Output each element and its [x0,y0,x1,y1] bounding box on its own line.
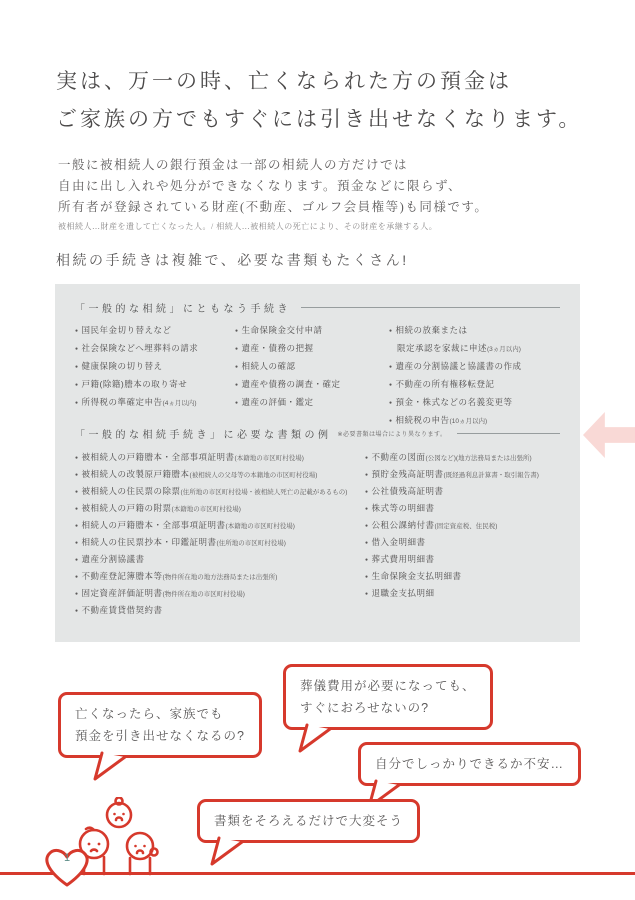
list-item: 不動産の所有権移転登記 [389,376,580,394]
list-item: 社会保険などへ埋葬料の請求 [75,340,235,358]
list-item: 公社債残高証明書 [365,484,580,501]
list-item: 遺産の評価・鑑定 [235,394,389,412]
item-text: 社会保険などへ埋葬料の請求 [82,343,199,353]
item-text: 株式等の明細書 [372,503,435,513]
item-note: (被相続人の父母等の本籍地の市区町村役場) [190,472,318,479]
item-note: (既経過利息計算書・取引報告書) [444,472,539,479]
item-text: 預金・株式などの名義変更等 [396,397,513,407]
item-text: 健康保険の切り替え [82,361,163,371]
item-text: 遺産の分割協議と協議書の作成 [396,361,522,371]
section2-heading: 「一般的な相続手続き」に必要な書類の例 ※必要書類は場合により異なります。 [75,426,560,441]
heart-icon [40,844,94,888]
item-note: (固定資産税、住民税) [435,523,498,530]
list-item: 被相続人の戸籍謄本・全部事項証明書(本籍地の市区町村役場) [75,450,365,467]
list-item: 借入金明細書 [365,535,580,552]
item-text: 遺産の評価・鑑定 [242,397,314,407]
section2-column-1: 被相続人の戸籍謄本・全部事項証明書(本籍地の市区町村役場) 被相続人の改製原戸籍… [75,450,365,620]
list-item: 被相続人の改製原戸籍謄本(被相続人の父母等の本籍地の市区町村役場) [75,467,365,484]
item-text: 遺産・債務の把握 [242,343,314,353]
item-text: 所得税の準確定申告 [82,397,163,407]
item-text: 公租公課納付書 [372,520,435,530]
page-title: 実は、万一の時、亡くなられた方の預金は ご家族の方でもすぐには引き出せなくなりま… [56,62,582,138]
procedures-panel: 「一般的な相続」にともなう手続き 国民年金切り替えなど 社会保険などへ埋葬料の請… [55,284,580,642]
item-text: 遺産や債務の調査・確定 [242,379,341,389]
section1-title: 「一般的な相続」にともなう手続き [75,300,291,315]
glossary-note: 被相続人…財産を遺して亡くなった人。/ 相続人…被相続人の死亡により、その財産を… [58,221,437,232]
speech-bubble-tail-icon [91,751,127,781]
page-number: 1 [40,852,94,864]
item-text: 被相続人の改製原戸籍謄本 [82,469,190,479]
item-text: 借入金明細書 [372,537,426,547]
section1-heading: 「一般的な相続」にともなう手続き [75,300,560,315]
speech-bubble: 葬儀費用が必要になっても、 すぐにおろせないの? [283,664,493,730]
item-note: (公図など)(地方法務局または出張所) [426,455,532,462]
section1-column-3: 相続の放棄または限定承認を家裁に申述(3ヵ月以内) 遺産の分割協議と協議書の作成… [389,322,580,430]
section-lead-heading: 相続の手続きは複雑で、必要な書類もたくさん! [56,250,409,270]
list-item: 国民年金切り替えなど [75,322,235,340]
item-text: 国民年金切り替えなど [82,325,172,335]
list-item: 相続人の住民票抄本・印鑑証明書(住所地の市区町村役場) [75,535,365,552]
list-item: 遺産・債務の把握 [235,340,389,358]
item-text: 被相続人の住民票の除票 [82,486,181,496]
list-item: 所得税の準確定申告(4ヵ月以内) [75,394,235,412]
speech-bubble: 亡くなったら、家族でも 預金を引き出せなくなるの? [58,692,262,758]
item-note: (本籍地の市区町村役場) [235,455,304,462]
list-item: 被相続人の住民票の除票(住所地の市区町村役場・被相続人死亡の記載があるもの) [75,484,365,501]
list-item: 戸籍(除籍)謄本の取り寄せ [75,376,235,394]
item-text: 遺産分割協議書 [82,554,145,564]
item-note: (10ヵ月以内) [450,418,488,425]
left-arrow-icon [583,412,635,458]
list-item: 預金・株式などの名義変更等 [389,394,580,412]
section2-column-2: 不動産の図面(公図など)(地方法務局または出張所) 預貯金残高証明書(既経過利息… [365,450,580,620]
item-text: 被相続人の戸籍の附票 [82,503,172,513]
item-text: 被相続人の戸籍謄本・全部事項証明書 [82,452,235,462]
intro-paragraph: 一般に被相続人の銀行預金は一部の相続人の方だけでは 自由に出し入れや処分ができな… [58,155,488,218]
title-line: ご家族の方でもすぐには引き出せなくなります。 [56,100,582,138]
section1-column-1: 国民年金切り替えなど 社会保険などへ埋葬料の請求 健康保険の切り替え 戸籍(除籍… [75,322,235,430]
item-text: 戸籍(除籍)謄本の取り寄せ [82,379,188,389]
section1-columns: 国民年金切り替えなど 社会保険などへ埋葬料の請求 健康保険の切り替え 戸籍(除籍… [75,322,580,430]
item-note: (本籍地の市区町村役場) [172,506,241,513]
list-item: 遺産の分割協議と協議書の作成 [389,358,580,376]
list-item: 相続人の戸籍謄本・全部事項証明書(本籍地の市区町村役場) [75,518,365,535]
list-item: 健康保険の切り替え [75,358,235,376]
item-text: 相続人の確認 [242,361,296,371]
item-text: 相続の放棄または [396,325,468,335]
item-text: 相続税の申告 [396,415,450,425]
list-item: 預貯金残高証明書(既経過利息計算書・取引報告書) [365,467,580,484]
speech-bubble-text: 預金を引き出せなくなるの? [75,725,245,747]
speech-bubble-text: 亡くなったら、家族でも [75,703,245,725]
speech-bubble: 書類をそろえるだけで大変そう [197,799,420,843]
item-text: 生命保険金支払明細書 [372,571,462,581]
section2-columns: 被相続人の戸籍謄本・全部事項証明書(本籍地の市区町村役場) 被相続人の改製原戸籍… [75,450,580,620]
item-text: 限定承認を家裁に申述 [397,343,487,353]
section1-column-2: 生命保険金交付申請 遺産・債務の把握 相続人の確認 遺産や債務の調査・確定 遺産… [235,322,389,430]
item-text: 退職金支払明細 [372,588,435,598]
item-note: (4ヵ月以内) [163,400,197,407]
list-item: 退職金支払明細 [365,586,580,603]
intro-line: 所有者が登録されている財産(不動産、ゴルフ会員権等)も同様です。 [58,197,488,218]
list-item: 不動産登記簿謄本等(物件所在地の地方法務局または出張所) [75,569,365,586]
item-note: (本籍地の市区町村役場) [226,523,295,530]
item-text: 生命保険金交付申請 [242,325,323,335]
speech-bubble-text: 自分でしっかりできるか不安… [375,753,564,775]
list-item: 公租公課納付書(固定資産税、住民税) [365,518,580,535]
item-text: 不動産登記簿謄本等 [82,571,163,581]
item-note: (住所地の市区町村役場) [217,540,286,547]
item-text: 不動産賃貸借契約書 [82,605,163,615]
item-note: (物件所在地の地方法務局または出張所) [163,574,278,581]
list-item: 被相続人の戸籍の附票(本籍地の市区町村役場) [75,501,365,518]
item-note: (3ヵ月以内) [487,346,521,353]
speech-bubble-text: すぐにおろせないの? [300,697,476,719]
speech-bubble-tail-icon [208,836,244,866]
item-text: 葬式費用明細書 [372,554,435,564]
item-text: 預貯金残高証明書 [372,469,444,479]
list-item: 遺産分割協議書 [75,552,365,569]
list-item: 株式等の明細書 [365,501,580,518]
item-text: 不動産の図面 [372,452,426,462]
title-line: 実は、万一の時、亡くなられた方の預金は [56,62,582,100]
list-item: 相続人の確認 [235,358,389,376]
brochure-page: 実は、万一の時、亡くなられた方の預金は ご家族の方でもすぐには引き出せなくなりま… [0,0,635,900]
intro-line: 一般に被相続人の銀行預金は一部の相続人の方だけでは [58,155,488,176]
list-item: 不動産の図面(公図など)(地方法務局または出張所) [365,450,580,467]
list-item: 遺産や債務の調査・確定 [235,376,389,394]
list-item: 固定資産評価証明書(物件所在地の市区町村役場) [75,586,365,603]
section2-title: 「一般的な相続手続き」に必要な書類の例 [75,426,332,441]
item-text: 相続人の戸籍謄本・全部事項証明書 [82,520,226,530]
list-item: 生命保険金支払明細書 [365,569,580,586]
speech-bubble: 自分でしっかりできるか不安… [358,742,581,786]
item-note: (物件所在地の市区町村役場) [163,591,245,598]
speech-bubble-text: 書類をそろえるだけで大変そう [214,810,403,832]
speech-bubble-tail-icon [296,723,332,753]
section2-heading-note: ※必要書類は場合により異なります。 [338,429,447,438]
item-text: 固定資産評価証明書 [82,588,163,598]
heading-rule [457,433,560,434]
intro-line: 自由に出し入れや処分ができなくなります。預金などに限らず、 [58,176,488,197]
list-item: 不動産賃貸借契約書 [75,603,365,620]
item-note: (住所地の市区町村役場・被相続人死亡の記載があるもの) [181,489,348,496]
item-text: 公社債残高証明書 [372,486,444,496]
list-item: 相続の放棄または限定承認を家裁に申述(3ヵ月以内) [389,322,580,358]
list-item: 生命保険金交付申請 [235,322,389,340]
speech-bubble-text: 葬儀費用が必要になっても、 [300,675,476,697]
list-item: 葬式費用明細書 [365,552,580,569]
item-text: 不動産の所有権移転登記 [396,379,495,389]
heading-rule [301,307,560,308]
item-text: 相続人の住民票抄本・印鑑証明書 [82,537,217,547]
